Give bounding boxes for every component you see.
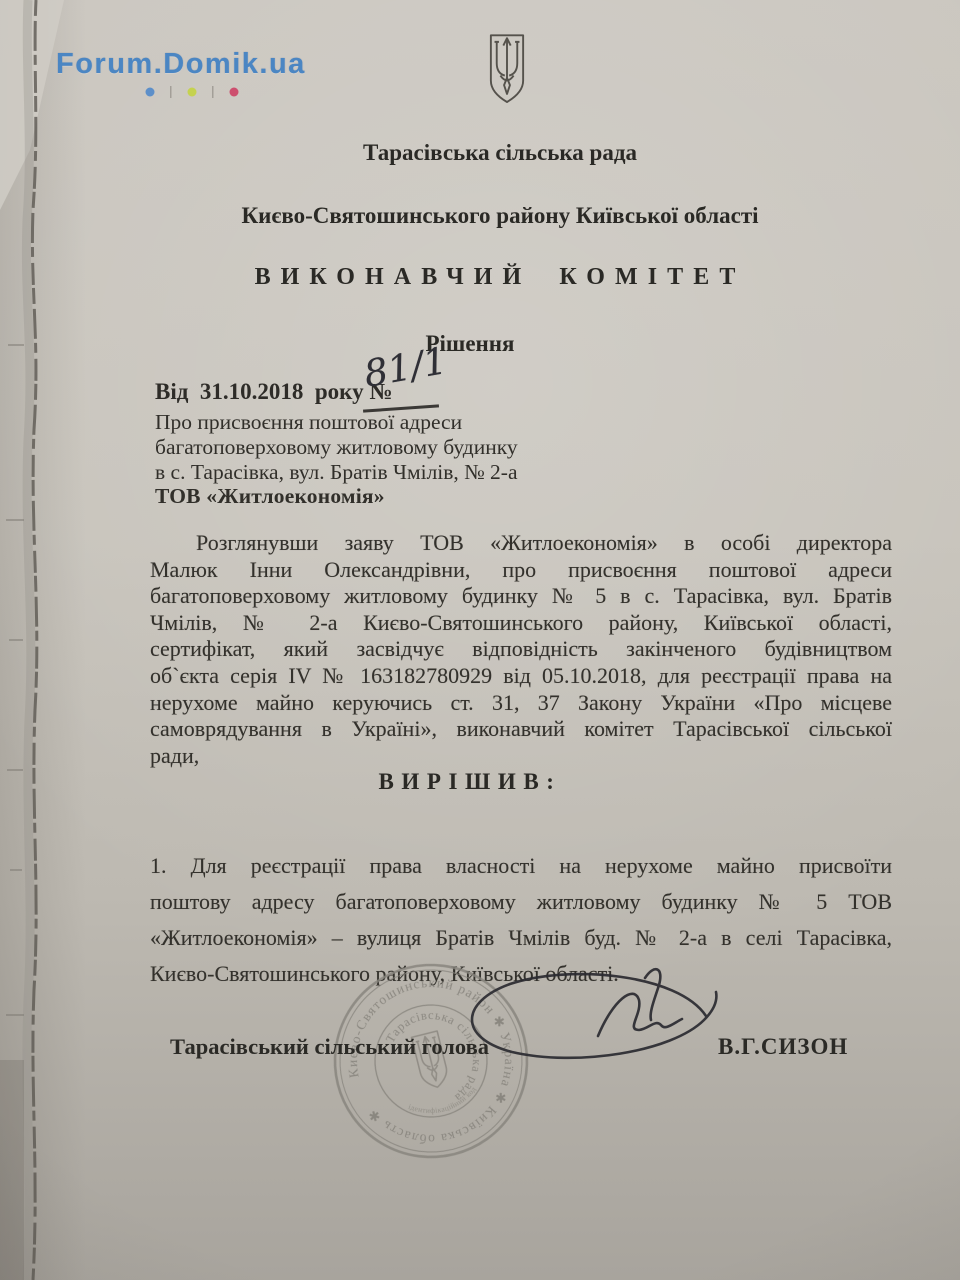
document-type-title: Рішення [90,331,850,357]
paper-torn-edge [0,0,80,1280]
text-line: багатоповерховому житловому будинку № 5 … [150,583,892,610]
watermark-logo: Forum.Domik.ua [56,48,306,81]
signature-scribble [448,958,728,1093]
text-line: об`єкта серія IV № 163182780929 від 05.1… [150,663,892,690]
watermark-dots [142,84,252,100]
dot-yellow-icon [188,88,197,97]
header-council: Тарасівська сільська рада [120,140,880,166]
text-line: багатоповерховому житловому будинку [155,435,518,460]
preamble-paragraph: Розглянувши заяву ТОВ «Житлоекономія» в … [150,530,892,769]
text-line: ради, [150,743,892,770]
text-line: самоврядування в Україні», виконавчий ко… [150,716,892,743]
signer-name: В.Г.СИЗОН [718,1034,848,1060]
text-line: Малюк Інни Олександрівни, про присвоєння… [150,557,892,584]
dot-blue-icon [146,88,155,97]
date-number-line: Від 31.10.2018 року № [155,379,392,405]
signer-position-title: Тарасівський сільський голова [170,1034,489,1060]
text-line: Розглянувши заяву ТОВ «Житлоекономія» в … [150,530,892,557]
ukraine-trident-icon [485,32,529,106]
text-line: Чмілів, № 2-а Києво-Святошинського район… [150,610,892,637]
text-line: нерухоме майно керуючись ст. 31, 37 Зако… [150,690,892,717]
text-line: в с. Тарасівка, вул. Братів Чмілів, № 2-… [155,460,518,485]
text-line: сертифікат, який засвідчує відповідність… [150,636,892,663]
text-line: Про присвоєння поштової адреси [155,410,518,435]
dot-red-icon [230,88,239,97]
resolved-heading: ВИРІШИВ: [90,769,850,795]
header-district: Києво-Святошинського району Київської об… [120,203,880,229]
decision-subject: Про присвоєння поштової адресибагатопове… [155,410,518,509]
text-line: ТОВ «Житлоекономія» [155,484,518,509]
scanned-document-photo: Forum.Domik.ua Тарасівська сільська рада… [0,0,960,1280]
text-line: 1. Для реєстрації права власності на нер… [150,848,892,884]
header-committee: ВИКОНАВЧИЙ КОМІТЕТ [120,264,880,291]
